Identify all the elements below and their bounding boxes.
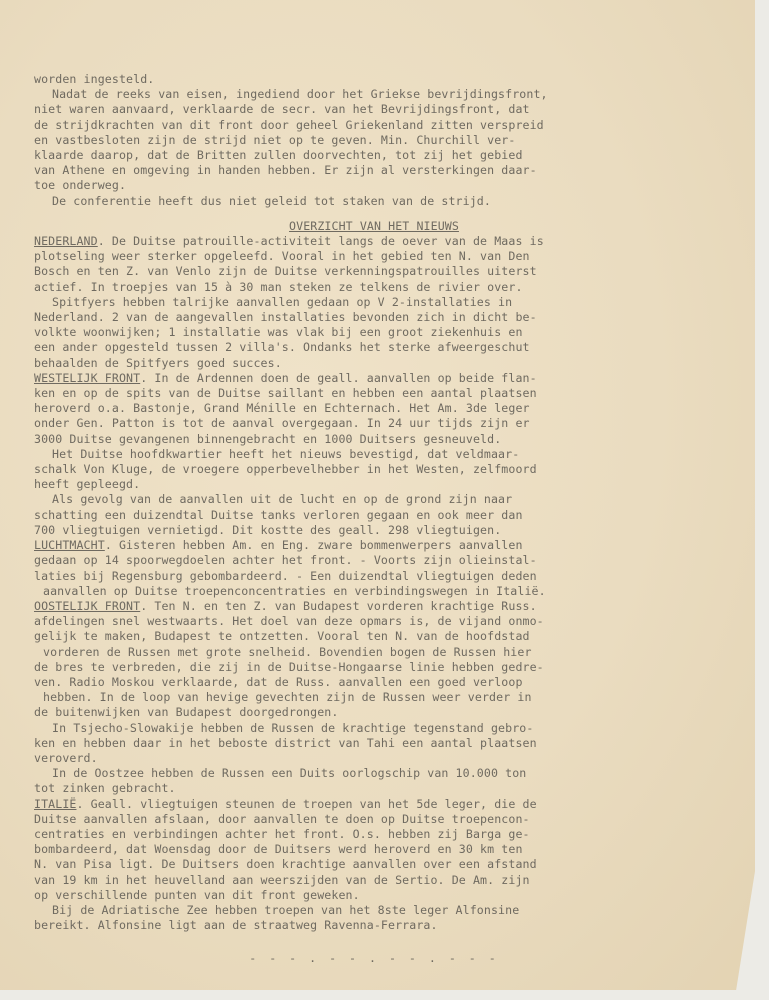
section-luchtmacht: LUCHTMACHT. Gisteren hebben Am. en Eng. …	[34, 538, 714, 599]
text-line: veroverd.	[34, 751, 714, 766]
section-heading: ITALIË	[34, 797, 76, 811]
text-line: Als gevolg van de aanvallen uit de lucht…	[34, 492, 714, 507]
text-line: heroverd o.a. Bastonje, Grand Ménille en…	[34, 401, 714, 416]
section-nederland: NEDERLAND. De Duitse patrouille-activite…	[34, 234, 714, 371]
section-westelijk-front: WESTELIJK FRONT. In de Ardennen doen de …	[34, 371, 714, 538]
text-line: . Gisteren hebben Am. en Eng. zware bomm…	[105, 538, 523, 552]
text-line: worden ingesteld.	[34, 72, 714, 87]
text-line: Duitse aanvallen afslaan, door aanvallen…	[34, 812, 714, 827]
section-heading: LUCHTMACHT	[34, 538, 105, 552]
text-line: gelijk te maken, Budapest te ontzetten. …	[34, 629, 714, 644]
text-line: heeft gepleegd.	[34, 477, 714, 492]
text-line: laties bij Regensburg gebombardeerd. - E…	[34, 569, 714, 584]
text-line: . Geall. vliegtuigen steunen de troepen …	[76, 797, 536, 811]
text-line: afdelingen snel westwaarts. Het doel van…	[34, 614, 714, 629]
text-line: schatting een duizendtal Duitse tanks ve…	[34, 508, 714, 523]
text-line: Het Duitse hoofdkwartier heeft het nieuw…	[34, 447, 714, 462]
text-line: gedaan op 14 spoorwegdoelen achter het f…	[34, 553, 714, 568]
text-line: Nadat de reeks van eisen, ingediend door…	[34, 87, 714, 102]
text-line: klaarde daarop, dat de Britten zullen do…	[34, 148, 714, 163]
text-line: hebben. In de loop van hevige gevechten …	[34, 690, 714, 705]
text-line: actief. In troepjes van 15 à 30 man stek…	[34, 280, 714, 295]
section-heading: WESTELIJK FRONT	[34, 371, 140, 385]
text-line: van Athene en omgeving in handen hebben.…	[34, 163, 714, 178]
closing-separator: - - - . - - . - - . - - -	[34, 951, 714, 966]
section-heading: NEDERLAND	[34, 234, 98, 248]
text-line: ven. Radio Moskou verklaarde, dat de Rus…	[34, 675, 714, 690]
text-line: van 19 km in het heuvelland aan weerszij…	[34, 873, 714, 888]
text-line: en vastbesloten zijn de strijd niet op t…	[34, 133, 714, 148]
text-line: 3000 Duitse gevangenen binnengebracht en…	[34, 432, 714, 447]
text-line: behaalden de Spitfyers goed succes.	[34, 356, 714, 371]
text-line: ken en op de spits van de Duitse saillan…	[34, 386, 714, 401]
text-line: Spitfyers hebben talrijke aanvallen geda…	[34, 295, 714, 310]
text-line: op verschillende punten van dit front ge…	[34, 888, 714, 903]
text-line: aanvallen op Duitse troepenconcentraties…	[34, 584, 714, 599]
text-line: Bij de Adriatische Zee hebben troepen va…	[34, 903, 714, 918]
text-line: de strijdkrachten van dit front door geh…	[34, 118, 714, 133]
text-line: toe onderweg.	[34, 178, 714, 193]
section-italie: ITALIË. Geall. vliegtuigen steunen de tr…	[34, 797, 714, 934]
text-line: De conferentie heeft dus niet geleid tot…	[34, 194, 714, 209]
text-line: . De Duitse patrouille-activiteit langs …	[98, 234, 544, 248]
text-line: 700 vliegtuigen vernietigd. Dit kostte d…	[34, 523, 714, 538]
text-line: In de Oostzee hebben de Russen een Duits…	[34, 766, 714, 781]
page-title: OVERZICHT VAN HET NIEUWS	[34, 219, 714, 234]
section-heading: OOSTELIJK FRONT	[34, 599, 140, 613]
text-line: plotseling weer sterker opgeleefd. Voora…	[34, 249, 714, 264]
text-line: de bres te verbreden, die zij in de Duit…	[34, 660, 714, 675]
text-line: ken en hebben daar in het beboste distri…	[34, 736, 714, 751]
text-line: Nederland. 2 van de aangevallen installa…	[34, 310, 714, 325]
text-line: Bosch en ten Z. van Venlo zijn de Duitse…	[34, 264, 714, 279]
text-line: onder Gen. Patton is tot de aanval overg…	[34, 416, 714, 431]
text-line: vorderen de Russen met grote snelheid. B…	[34, 645, 714, 660]
text-line: volkte woonwijken; 1 installatie was vla…	[34, 325, 714, 340]
text-line: tot zinken gebracht.	[34, 781, 714, 796]
text-line: schalk Von Kluge, de vroegere opperbevel…	[34, 462, 714, 477]
text-line: In Tsjecho-Slowakije hebben de Russen de…	[34, 721, 714, 736]
section-oostelijk-front: OOSTELIJK FRONT. Ten N. en ten Z. van Bu…	[34, 599, 714, 797]
text-line: de buitenwijken van Budapest doorgedrong…	[34, 705, 714, 720]
typewritten-page: worden ingesteld. Nadat de reeks van eis…	[34, 72, 714, 967]
text-line: bereikt. Alfonsine ligt aan de straatweg…	[34, 918, 714, 933]
text-line: bombardeerd, dat Woensdag door de Duitse…	[34, 842, 714, 857]
text-line: . In de Ardennen doen de geall. aanvalle…	[140, 371, 536, 385]
text-line: . Ten N. en ten Z. van Budapest vorderen…	[140, 599, 536, 613]
text-line: centraties en verbindingen achter het fr…	[34, 827, 714, 842]
text-line: niet waren aanvaard, verklaarde de secr.…	[34, 102, 714, 117]
text-line: een ander opgesteld tussen 2 villa's. On…	[34, 340, 714, 355]
text-line: N. van Pisa ligt. De Duitsers doen krach…	[34, 857, 714, 872]
